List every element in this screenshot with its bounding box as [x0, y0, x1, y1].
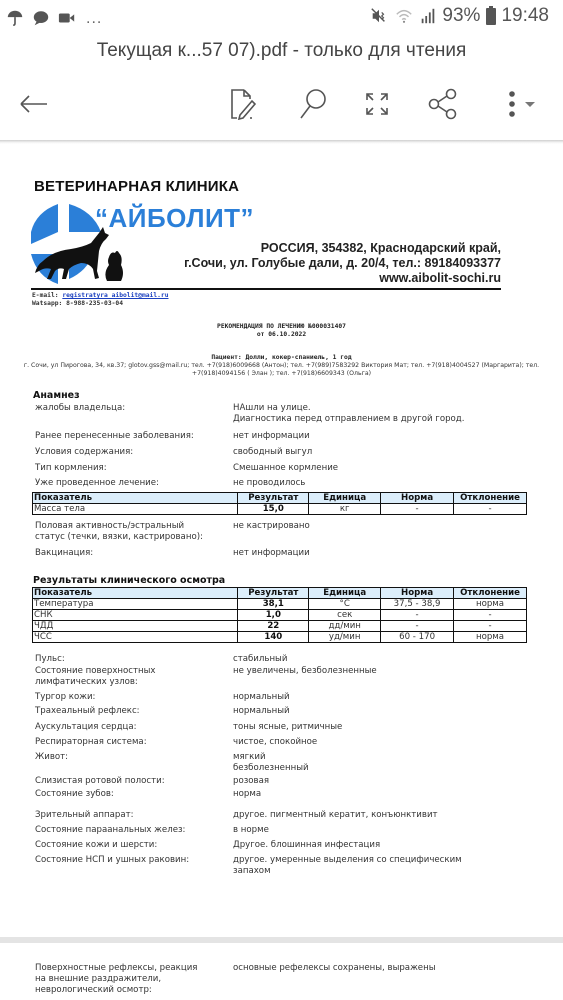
row-label: Состояние зубов: — [35, 789, 230, 800]
cell: - — [381, 610, 454, 621]
clock: 19:48 — [501, 5, 549, 27]
row-value: норма — [233, 789, 533, 800]
mute-vibrate-icon — [369, 7, 389, 25]
row-label: Респираторная система: — [35, 737, 230, 748]
battery-percent: 93% — [442, 5, 480, 27]
cell: 60 - 170 — [381, 632, 454, 643]
table-row: Масса тела 15,0 кг - - — [33, 504, 527, 515]
cell: - — [454, 610, 527, 621]
row-value: нормальный — [233, 692, 533, 703]
col-header: Норма — [381, 493, 454, 504]
row-label: Половая активность/эстральныйстатус (теч… — [35, 521, 235, 543]
more-notifications: ... — [86, 10, 102, 28]
cell: 140 — [238, 632, 309, 643]
cell: °C — [309, 599, 381, 610]
cell: сек — [309, 610, 381, 621]
clinic-heading: ВЕТЕРИНАРНАЯ КЛИНИКА — [34, 178, 239, 195]
cell: ЧСС — [33, 632, 238, 643]
cell: - — [381, 621, 454, 632]
weight-table: Показатель Результат Единица Норма Откло… — [32, 492, 527, 515]
row-value: чистое, спокойное — [233, 737, 533, 748]
umbrella-icon — [6, 9, 24, 27]
row-label: Слизистая ротовой полости: — [35, 776, 230, 787]
row-label: Аускультация сердца: — [35, 722, 230, 733]
cell: 37,5 - 38,9 — [381, 599, 454, 610]
row-label: Состояние НСП и ушных раковин: — [35, 855, 230, 866]
row-value: Смешанное кормление — [233, 463, 533, 474]
cell: Масса тела — [33, 504, 238, 515]
col-header: Единица — [309, 493, 381, 504]
cell: 15,0 — [238, 504, 309, 515]
share-button[interactable] — [421, 80, 465, 128]
row-value: нет информации — [233, 548, 533, 559]
row-value: нет информации — [233, 431, 533, 442]
cell: норма — [454, 632, 527, 643]
row-label: Состояние параанальных желез: — [35, 825, 230, 836]
cell: 22 — [238, 621, 309, 632]
cell: 38,1 — [238, 599, 309, 610]
exam-heading: Результаты клинического осмотра — [33, 575, 225, 586]
wifi-icon — [394, 7, 414, 25]
video-icon — [58, 9, 76, 27]
edit-document-icon — [228, 88, 258, 120]
search-icon — [300, 88, 328, 120]
table-row: Температура 38,1 °C 37,5 - 38,9 норма — [33, 599, 527, 610]
row-label: Живот: — [35, 752, 230, 763]
row-label: Тургор кожи: — [35, 692, 230, 703]
row-value: не увеличены, безболезненные — [233, 666, 533, 677]
row-label: Трахеальный рефлекс: — [35, 706, 230, 717]
col-header: Результат — [238, 493, 309, 504]
header-divider — [31, 288, 501, 290]
row-value: Другое. блошинная инфестация — [233, 840, 533, 851]
row-value: не проводилось — [233, 478, 533, 489]
exam-table: Показатель Результат Единица Норма Откло… — [32, 587, 527, 643]
cell: - — [454, 504, 527, 515]
row-label: Зрительный аппарат: — [35, 810, 230, 821]
col-header: Норма — [381, 588, 454, 599]
row-value: не кастрировано — [233, 521, 533, 532]
row-value: другое. пигментный кератит, конъюнктивит — [233, 810, 533, 821]
status-bar: ... 93% 19:48 — [0, 0, 563, 34]
share-icon — [428, 88, 458, 120]
back-button[interactable] — [12, 80, 56, 128]
clinic-address-line2: г.Сочи, ул. Голубые дали, д. 20/4, тел.:… — [184, 256, 501, 270]
table-row: ЧДД 22 дд/мин - - — [33, 621, 527, 632]
clinic-website: www.aibolit-sochi.ru — [379, 271, 501, 285]
col-header: Результат — [238, 588, 309, 599]
cell: СНК — [33, 610, 238, 621]
signal-icon — [419, 7, 437, 25]
row-label: Поверхностные рефлексы, реакцияна внешни… — [35, 963, 235, 996]
cell: кг — [309, 504, 381, 515]
row-label: Условия содержания: — [35, 447, 230, 458]
cell: 1,0 — [238, 610, 309, 621]
row-value: стабильный — [233, 654, 533, 665]
clinic-name: “АЙБОЛИТ” — [95, 203, 254, 234]
anamnesis-heading: Анамнез — [33, 390, 80, 401]
email-link[interactable]: registratyra_aibolit@mail.ru — [62, 292, 168, 299]
row-label: Уже проведенное лечение: — [35, 478, 230, 489]
row-value: НАшли на улице.Диагностика перед отправл… — [233, 403, 533, 425]
table-header-row: Показатель Результат Единица Норма Откло… — [33, 588, 527, 599]
clinic-address-line1: РОССИЯ, 354382, Краснодарский край, — [261, 241, 501, 255]
document-title: Текущая к...57 07).pdf - только для чтен… — [0, 40, 563, 62]
table-row: СНК 1,0 сек - - — [33, 610, 527, 621]
row-value: другое. умеренные выделения со специфиче… — [233, 855, 533, 877]
recommendation-title: РЕКОМЕНДАЦИЯ ПО ЛЕЧЕНИЮ №000031407 — [0, 323, 563, 330]
cell: уд/мин — [309, 632, 381, 643]
row-value: розовая — [233, 776, 533, 787]
email-label: E-mail: — [32, 292, 62, 299]
chat-bubble-icon — [32, 9, 50, 27]
col-header: Отклонение — [454, 493, 527, 504]
cell: ЧДД — [33, 621, 238, 632]
search-button[interactable] — [292, 80, 336, 128]
back-arrow-icon — [19, 94, 49, 114]
whatsapp-line: Watsapp: 8-988-235-03-04 — [32, 300, 123, 307]
col-header: Единица — [309, 588, 381, 599]
cut-off-row — [35, 920, 535, 924]
cell: дд/мин — [309, 621, 381, 632]
email-line: E-mail: registratyra_aibolit@mail.ru — [32, 292, 169, 299]
row-value: тоны ясные, ритмичные — [233, 722, 533, 733]
table-header-row: Показатель Результат Единица Норма Откло… — [33, 493, 527, 504]
col-header: Отклонение — [454, 588, 527, 599]
pdf-page-2[interactable]: Поверхностные рефлексы, реакцияна внешни… — [0, 943, 563, 1000]
toolbar — [0, 80, 563, 128]
edit-button[interactable] — [221, 80, 265, 128]
row-value: свободный выгул — [233, 447, 533, 458]
row-label: Вакцинация: — [35, 548, 230, 559]
patient-info: Пациент: Долли, кокер-спаниель, 1 год — [0, 354, 563, 361]
table-row: ЧСС 140 уд/мин 60 - 170 норма — [33, 632, 527, 643]
more-vertical-icon — [502, 88, 538, 120]
row-value: в норме — [233, 825, 533, 836]
row-value: основные рефелексы сохранены, выражены — [233, 963, 533, 974]
expand-icon — [364, 91, 390, 117]
cell: норма — [454, 599, 527, 610]
row-label: Пульс: — [35, 654, 230, 665]
more-options-button[interactable] — [495, 80, 545, 128]
recommendation-date: от 06.10.2022 — [0, 331, 563, 338]
row-label: Тип кормления: — [35, 463, 230, 474]
row-label: Ранее перенесенные заболевания: — [35, 431, 230, 442]
fullscreen-button[interactable] — [355, 80, 399, 128]
row-value: мягкийбезболезненный — [233, 752, 533, 774]
row-label: Состояние кожи и шерсти: — [35, 840, 230, 851]
row-label: жалобы владельца: — [35, 403, 230, 414]
cell: Температура — [33, 599, 238, 610]
battery-icon — [486, 8, 496, 25]
cell: - — [381, 504, 454, 515]
pdf-page[interactable]: ВЕТЕРИНАРНАЯ КЛИНИКА “АЙБОЛИТ” РОССИЯ, 3… — [0, 144, 563, 930]
col-header: Показатель — [33, 588, 238, 599]
row-value: нормальный — [233, 706, 533, 717]
row-label: Состояние поверхностныхлимфатических узл… — [35, 666, 230, 688]
col-header: Показатель — [33, 493, 238, 504]
cell: - — [454, 621, 527, 632]
owner-contacts: г. Сочи, ул Пирогова, 34, кв.37; glotov.… — [20, 362, 543, 378]
